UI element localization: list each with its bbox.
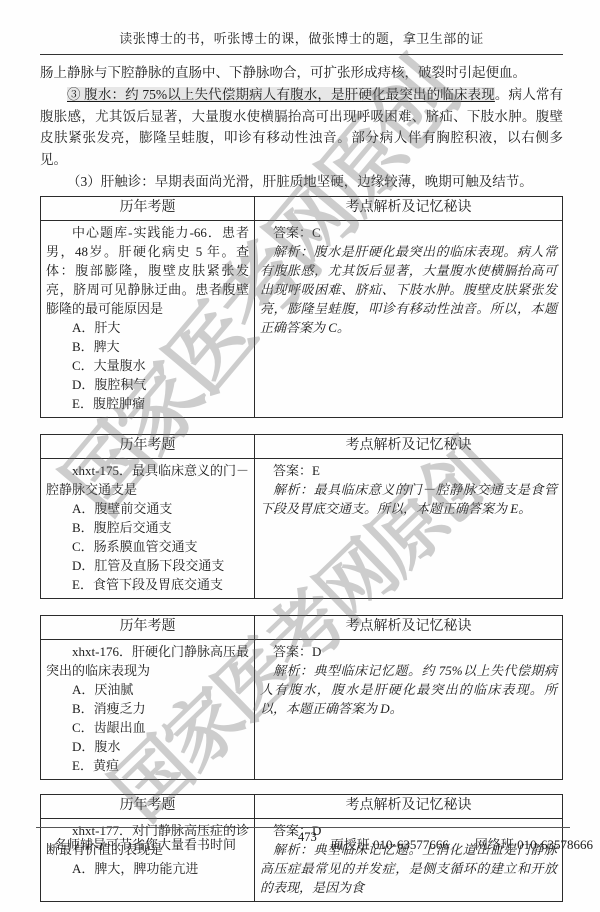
footer-phone-onsite: 面授班 010-63577666 <box>331 834 449 853</box>
page-content: 肠上静脉与下腔静脉的直肠中、下静脉吻合，可扩张形成痔核，破裂时引起便血。 ③ 腹… <box>40 62 563 902</box>
option-item: E．食管下段及胃底交通支 <box>46 575 249 594</box>
document-page: 读张博士的书，听张博士的课，做张博士的题，拿卫生部的证 国家医考网原创 国家医考… <box>0 0 600 912</box>
answer-line: 答案：D <box>260 642 557 661</box>
page-footer: 名师辅导可节省您大量看书时间 473 面授班 010-63577666 网络班 … <box>36 827 570 853</box>
analysis-cell: 答案：D 解析：典型临床记忆题。约 75%以上失代偿期病人有腹水，腹水是肝硬化最… <box>255 639 563 779</box>
question-text: xhxt-175．最具临床意义的门－腔静脉交通支是 <box>46 461 249 499</box>
table-row: xhxt-176．肝硬化门静脉高压最突出的临床表现为 A．厌油腻 B．消瘦乏力 … <box>41 639 563 779</box>
question-cell: xhxt-175．最具临床意义的门－腔静脉交通支是 A．腹壁前交通支 B．腹腔后… <box>41 458 255 598</box>
answer-line: 答案：E <box>260 461 557 480</box>
header-slogan: 读张博士的书，听张博士的课，做张博士的题，拿卫生部的证 <box>119 31 484 46</box>
table-col-header-analysis: 考点解析及记忆秘诀 <box>255 615 563 639</box>
table-row: xhxt-175．最具临床意义的门－腔静脉交通支是 A．腹壁前交通支 B．腹腔后… <box>41 458 563 598</box>
table-col-header-analysis: 考点解析及记忆秘诀 <box>255 794 563 818</box>
option-item: A．厌油腻 <box>46 680 249 699</box>
table-header-row: 历年考题 考点解析及记忆秘诀 <box>41 434 563 458</box>
option-item: E．黄疸 <box>46 756 249 775</box>
option-item: D．腹水 <box>46 737 249 756</box>
analysis-cell: 答案：C 解析：腹水是肝硬化最突出的临床表现。病人常有腹胀感，尤其饭后显著，大量… <box>255 220 563 417</box>
analysis-text: 解析：典型临床记忆题。约 75%以上失代偿期病人有腹水，腹水是肝硬化最突出的临床… <box>260 661 557 718</box>
table-col-header-analysis: 考点解析及记忆秘诀 <box>255 434 563 458</box>
analysis-text: 解析：腹水是肝硬化最突出的临床表现。病人常有腹胀感，尤其饭后显著，大量腹水使横膈… <box>260 242 557 337</box>
question-cell: xhxt-176．肝硬化门静脉高压最突出的临床表现为 A．厌油腻 B．消瘦乏力 … <box>41 639 255 779</box>
option-item: A．肝大 <box>46 318 249 337</box>
highlighted-clause: ③ 腹水：约 75%以上失代偿期病人有腹水，是肝硬化最突出的临床表现 <box>67 87 495 102</box>
footer-consult-text: 名师辅导可节省您大量看书时间 <box>54 834 236 853</box>
option-item: D．腹腔积气 <box>46 375 249 394</box>
page-number: 473 <box>298 830 317 845</box>
table-header-row: 历年考题 考点解析及记忆秘诀 <box>41 615 563 639</box>
option-item: B．消瘦乏力 <box>46 699 249 718</box>
option-item: B．腹腔后交通支 <box>46 518 249 537</box>
question-text: 中心题库-实践能力-66．患者男，48岁。肝硬化病史 5 年。查体：腹部膨隆，腹… <box>46 223 249 318</box>
paragraph-2: ③ 腹水：约 75%以上失代偿期病人有腹水，是肝硬化最突出的临床表现。病人常有腹… <box>40 84 563 171</box>
option-item: D．肛管及直肠下段交通支 <box>46 556 249 575</box>
exam-table-3: 历年考题 考点解析及记忆秘诀 xhxt-176．肝硬化门静脉高压最突出的临床表现… <box>40 615 563 780</box>
option-item: A．脾大，脾功能亢进 <box>46 859 249 878</box>
exam-table-1: 历年考题 考点解析及记忆秘诀 中心题库-实践能力-66．患者男，48岁。肝硬化病… <box>40 196 563 418</box>
table-col-header-analysis: 考点解析及记忆秘诀 <box>255 196 563 220</box>
question-text: xhxt-176．肝硬化门静脉高压最突出的临床表现为 <box>46 642 249 680</box>
answer-line: 答案：C <box>260 223 557 242</box>
table-col-header-questions: 历年考题 <box>41 196 255 220</box>
option-item: B．脾大 <box>46 337 249 356</box>
option-item: C．肠系膜血管交通支 <box>46 537 249 556</box>
paragraph-3: （3）肝触诊：早期表面尚光滑，肝脏质地坚硬，边缘较薄，晚期可触及结节。 <box>40 171 563 193</box>
analysis-cell: 答案：E 解析：最具临床意义的门－腔静脉交通支是食管下段及胃底交通支。所以，本题… <box>255 458 563 598</box>
table-col-header-questions: 历年考题 <box>41 434 255 458</box>
paragraph-1: 肠上静脉与下腔静脉的直肠中、下静脉吻合，可扩张形成痔核，破裂时引起便血。 <box>40 62 563 84</box>
option-item: C．大量腹水 <box>46 356 249 375</box>
table-col-header-questions: 历年考题 <box>41 794 255 818</box>
option-item: E．腹腔肿瘤 <box>46 394 249 413</box>
exam-table-2: 历年考题 考点解析及记忆秘诀 xhxt-175．最具临床意义的门－腔静脉交通支是… <box>40 434 563 599</box>
table-row: 中心题库-实践能力-66．患者男，48岁。肝硬化病史 5 年。查体：腹部膨隆，腹… <box>41 220 563 417</box>
analysis-text: 解析：最具临床意义的门－腔静脉交通支是食管下段及胃底交通支。所以，本题正确答案为… <box>260 480 557 518</box>
question-cell: 中心题库-实践能力-66．患者男，48岁。肝硬化病史 5 年。查体：腹部膨隆，腹… <box>41 220 255 417</box>
option-item: A．腹壁前交通支 <box>46 499 249 518</box>
table-col-header-questions: 历年考题 <box>41 615 255 639</box>
table-header-row: 历年考题 考点解析及记忆秘诀 <box>41 794 563 818</box>
table-header-row: 历年考题 考点解析及记忆秘诀 <box>41 196 563 220</box>
page-header: 读张博士的书，听张博士的课，做张博士的题，拿卫生部的证 <box>40 28 563 55</box>
option-item: C．齿龈出血 <box>46 718 249 737</box>
footer-phone-online: 网络班 010-63578666 <box>475 834 593 853</box>
